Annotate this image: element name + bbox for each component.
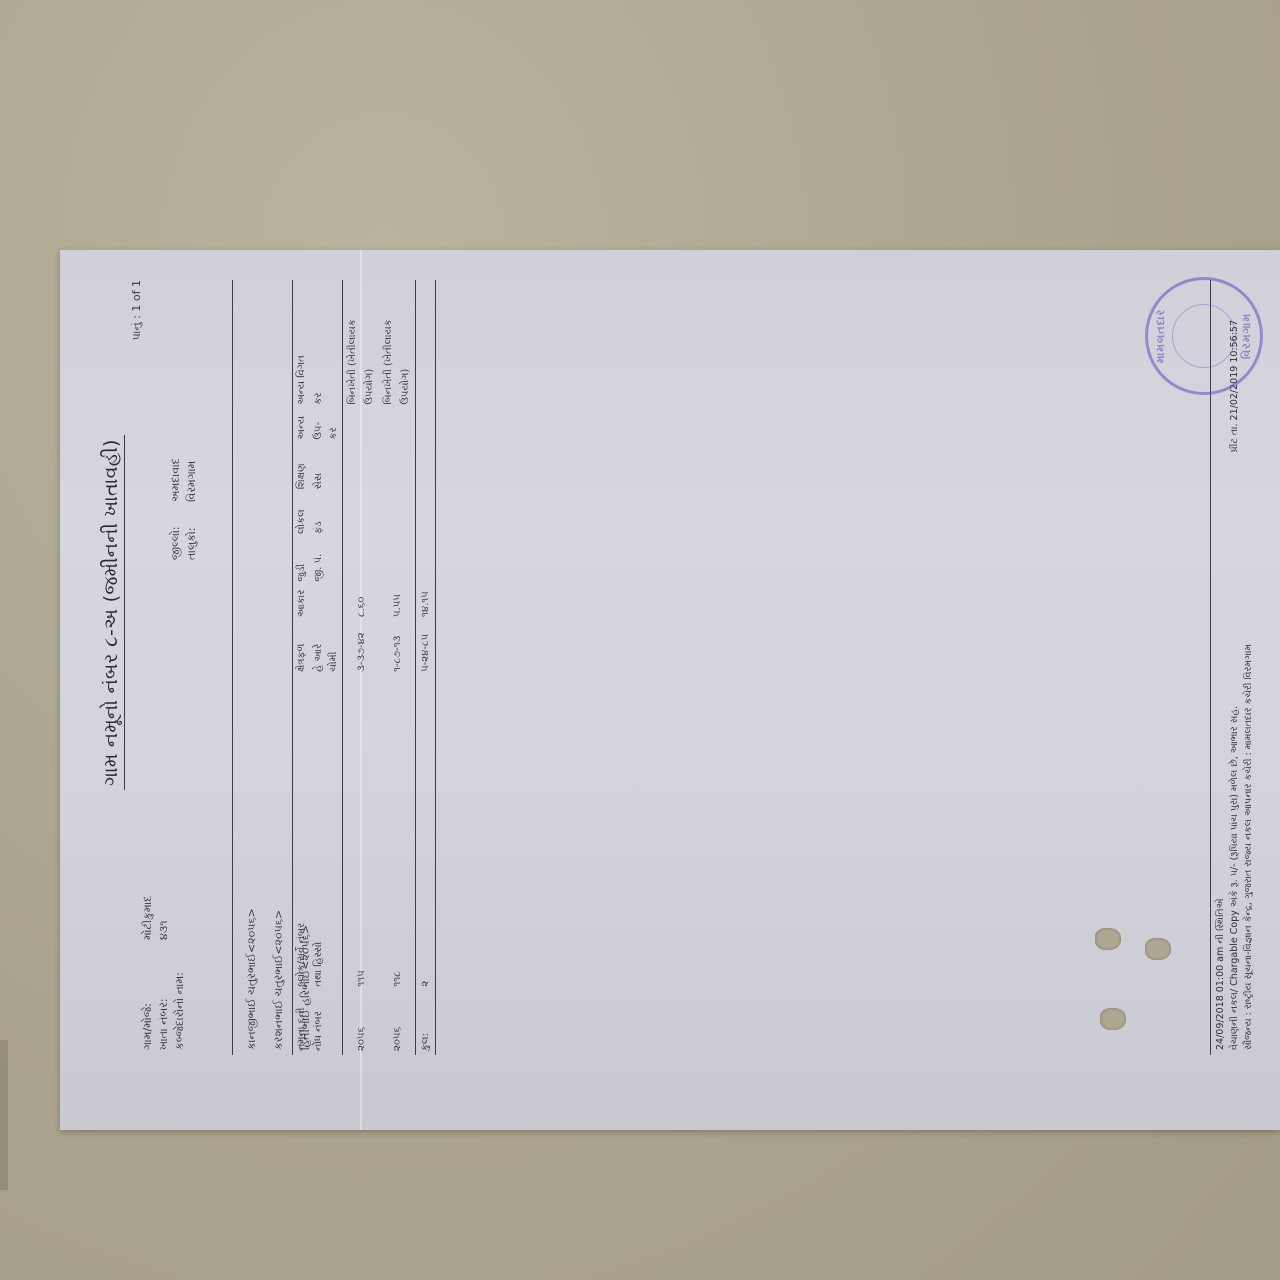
cell <box>343 444 380 494</box>
cell: ૧-૮૭-૧૩ <box>379 621 416 676</box>
stamp-emblem-icon <box>1172 304 1236 368</box>
account-row: ખાતા નંબર: ૪૩૧ <box>156 896 172 1050</box>
owner-item: કરશનભાઈ ચતુરભાઈ<૨૦૫૬> <box>265 908 292 1050</box>
cell: ૨ <box>416 794 436 991</box>
cell: ૫.૫૫ <box>379 586 416 621</box>
account-value: ૪૩૧ <box>156 920 172 940</box>
cell <box>416 280 436 409</box>
col-header: ક્ષેત્રફળ <box>293 621 311 676</box>
cell <box>416 538 436 586</box>
cell: બિનખેતી (ખેતીલાયક ઉપયોગ) <box>343 280 380 409</box>
col-header <box>293 676 311 794</box>
cell: ૮.૬૦ <box>343 586 380 621</box>
official-stamp: મામલતદાર વિરમગામ <box>1145 277 1263 395</box>
col-header: લોકલ <box>293 493 311 538</box>
page-number: પાનું : 1 of 1 <box>130 280 144 340</box>
col-subheader <box>310 586 343 621</box>
village-value: મોટીકુમાદ <box>140 896 156 940</box>
footer: 24/09/2018 01:00 am ની સ્થિતિએ વેચાણની ન… <box>1214 280 1256 1050</box>
land-record-document: ગામ નમૂનો નંબર ૮-અ (જમીનની ખાતાવહી) પાનુ… <box>60 250 1280 1130</box>
district-row: જીલ્લો: અમદાવાદ <box>168 458 184 560</box>
table-total-row: કુલ: ૨ ૫-૨૪-૮૫ ૧૪.૧૫ <box>416 280 436 1055</box>
cell: ૫-૨૪-૮૫ <box>416 621 436 676</box>
holders-row: કબ્જેદારોનો નામ: <box>172 896 188 1050</box>
village-row: ગામ/મોજે: મોટીકુમાદ <box>140 896 156 1050</box>
punch-hole <box>1095 928 1121 950</box>
cell <box>379 409 416 444</box>
cell: ૨૦૫૬ <box>379 991 416 1055</box>
holders-label: કબ્જેદારોનો નામ: <box>172 940 188 1050</box>
cell <box>343 538 380 586</box>
col-header: શિક્ષણ <box>293 444 311 494</box>
cell: ૨૦૫૬ <box>343 991 380 1055</box>
district-label: જીલ્લો: <box>168 502 184 560</box>
col-subheader: કર <box>310 280 343 409</box>
col-header: બ્લોક/સર્વે નંબર <box>293 794 311 991</box>
col-subheader: સેસ <box>310 444 343 494</box>
page-title: ગામ નમૂનો નંબર ૮-અ (જમીનની ખાતાવહી) <box>100 435 125 790</box>
footer-courtesy: સૌજન્ય : રાષ્ટ્રીય સૂચના-વિજ્ઞાન કેન્દ્ર… <box>1242 280 1256 1050</box>
account-label: ખાતા નંબર: <box>156 940 172 1050</box>
taluka-label: તાલુકો: <box>184 502 200 560</box>
cell: ૧૧૮ <box>379 794 416 991</box>
header-left: ગામ/મોજે: મોટીકુમાદ ખાતા નંબર: ૪૩૧ કબ્જે… <box>140 896 188 1050</box>
cell <box>343 676 380 794</box>
taluka-value: વિરમગામ <box>184 461 200 502</box>
col-header: અન્ય વિગત <box>293 280 311 409</box>
taluka-row: તાલુકો: વિરમગામ <box>184 458 200 560</box>
background-edge <box>0 1040 8 1190</box>
cell <box>379 493 416 538</box>
punch-hole <box>1145 938 1171 960</box>
cell: ૩-૩૭-૪૨ <box>343 621 380 676</box>
stamp-bottom-text: વિરમગામ <box>1240 280 1254 392</box>
cell: બિનખેતી (ખેતીલાયક ઉપયોગ) <box>379 280 416 409</box>
col-header: જુડી <box>293 538 311 586</box>
cell <box>416 409 436 444</box>
cell: ૧૧૫ <box>343 794 380 991</box>
col-subheader: ફંડ <box>310 493 343 538</box>
district-value: અમદાવાદ <box>168 458 184 502</box>
col-subheader <box>310 676 343 794</box>
table-header-row: નોંધ નંબર તથા હિસ્સો હે આરે ચોમી જી. પં.… <box>310 280 343 1055</box>
col-subheader: હે આરે ચોમી <box>310 621 343 676</box>
footer-divider <box>1210 280 1211 1055</box>
footer-line-2: વેચાણની નકલ/ Chargable Copy અંકે રૂ. ૫/-… <box>1228 280 1242 1050</box>
cell <box>379 676 416 794</box>
punch-hole <box>1100 1008 1126 1030</box>
col-header: અન્ય <box>293 409 311 444</box>
cell <box>379 444 416 494</box>
village-label: ગામ/મોજે: <box>140 940 156 1050</box>
owner-item: કાનજીભાઈ ચતુરભાઈ<૨૦૫૬> <box>238 908 265 1050</box>
col-subheader: જી. પં. <box>310 538 343 586</box>
cell <box>379 538 416 586</box>
cell: કુલ: <box>416 991 436 1055</box>
stamp-top-text: મામલતદાર <box>1154 280 1168 392</box>
cell <box>416 676 436 794</box>
header-divider <box>232 280 233 1055</box>
cell <box>416 444 436 494</box>
header-right: જીલ્લો: અમદાવાદ તાલુકો: વિરમગામ <box>168 458 200 560</box>
footer-status-date: 24/09/2018 01:00 am ની સ્થિતિએ <box>1214 280 1228 1050</box>
land-table: નમૂના ૬ની બ્લોક/સર્વે નંબર ક્ષેત્રફળ આકા… <box>292 280 436 1055</box>
col-header: નમૂના ૬ની <box>293 991 311 1055</box>
footer-fee-note: વેચાણની નકલ/ Chargable Copy અંકે રૂ. ૫/-… <box>1228 706 1242 1050</box>
col-subheader: ઉપ-કર <box>310 409 343 444</box>
table-header-row: નમૂના ૬ની બ્લોક/સર્વે નંબર ક્ષેત્રફળ આકા… <box>293 280 311 1055</box>
cell <box>416 493 436 538</box>
cell: ૧૪.૧૫ <box>416 586 436 621</box>
cell <box>343 409 380 444</box>
col-subheader: નોંધ નંબર <box>310 991 343 1055</box>
col-subheader: તથા હિસ્સો <box>310 794 343 991</box>
cell <box>343 493 380 538</box>
table-row: ૨૦૫૬ ૧૧૫ ૩-૩૭-૪૨ ૮.૬૦ બિનખેતી (ખેતીલાયક … <box>343 280 380 1055</box>
col-header: આકાર <box>293 586 311 621</box>
table-row: ૨૦૫૬ ૧૧૮ ૧-૮૭-૧૩ ૫.૫૫ બિનખેતી (ખેતીલાયક … <box>379 280 416 1055</box>
